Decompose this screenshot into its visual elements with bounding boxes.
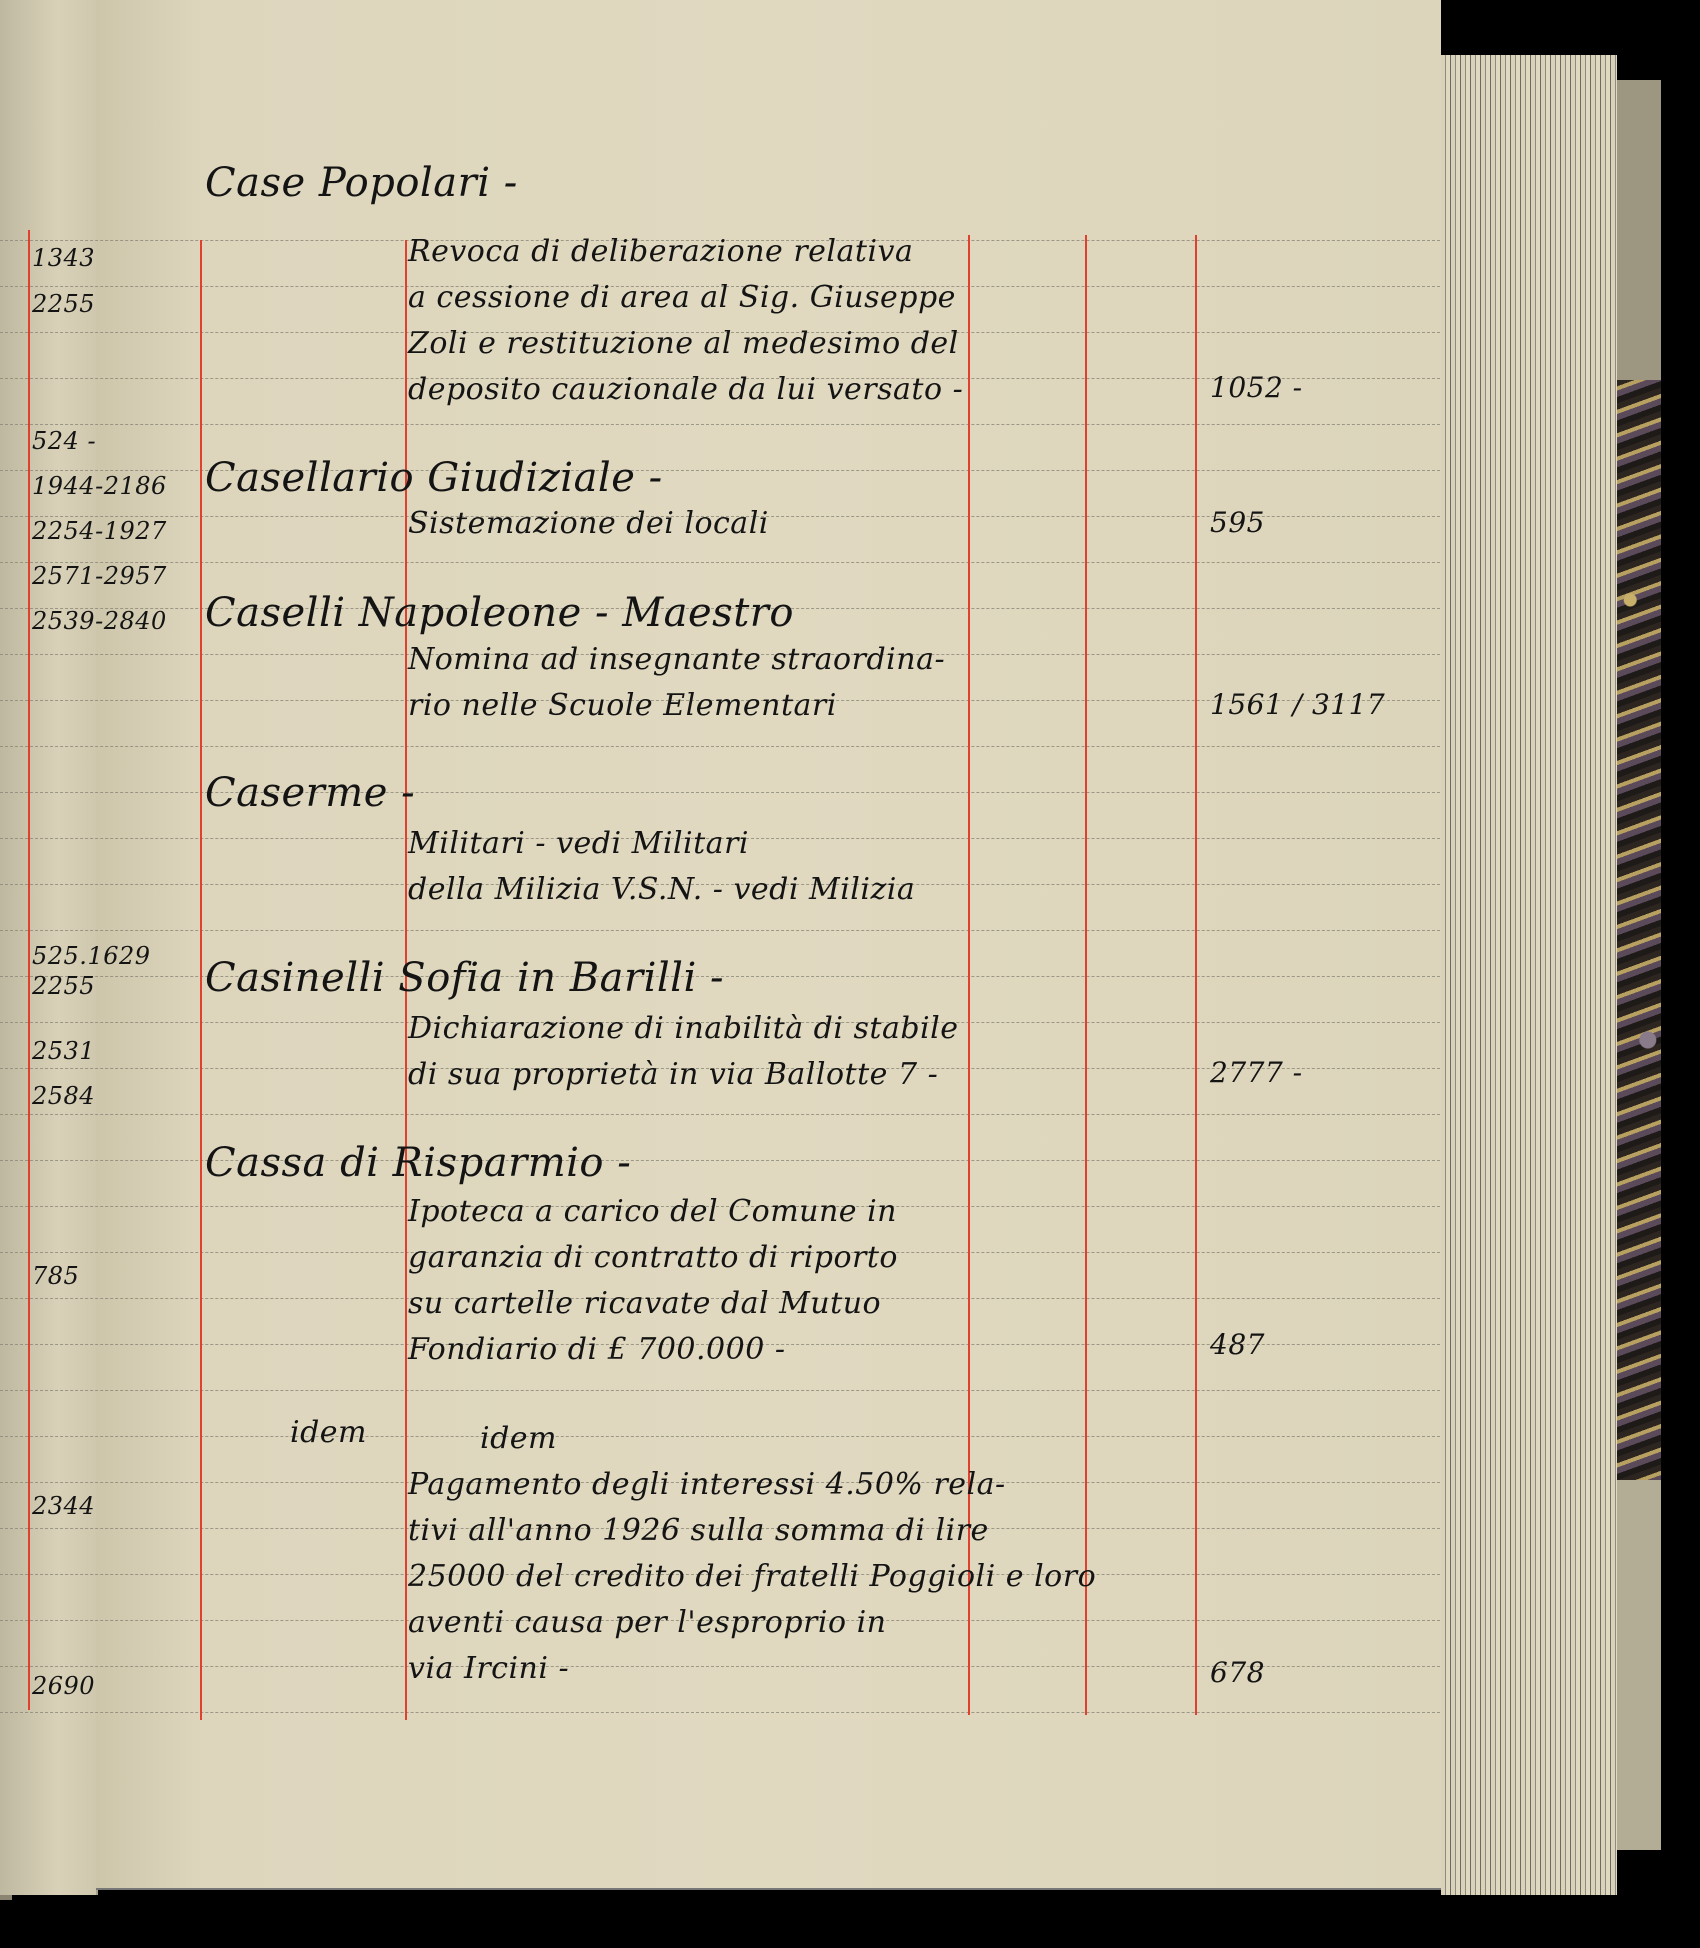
ruled-line xyxy=(0,1712,1440,1713)
entry-description-line: Ipoteca a carico del Comune in xyxy=(408,1194,897,1229)
margin-number: 2571-2957 xyxy=(32,562,167,590)
entry-heading: Caserme - xyxy=(205,770,415,816)
red-rule-col1 xyxy=(200,240,202,1720)
entry-description-line: Militari - vedi Militari xyxy=(408,826,749,861)
entry-description-line: a cessione di area al Sig. Giuseppe xyxy=(408,280,956,315)
entry-description-line: deposito cauzionale da lui versato - xyxy=(408,372,963,407)
entry-reference-number: 2777 - xyxy=(1210,1056,1303,1089)
ruled-line xyxy=(0,424,1440,425)
endpaper-lower xyxy=(1617,1480,1661,1850)
entry-description-line: della Milizia V.S.N. - vedi Milizia xyxy=(408,872,915,907)
entry-description-line: Nomina ad insegnante straordina- xyxy=(408,642,945,677)
red-rule-col4 xyxy=(1085,235,1087,1715)
margin-number: 2255 xyxy=(32,972,95,1000)
entry-description-line: tivi all'anno 1926 sulla somma di lire xyxy=(408,1513,989,1548)
entry-reference-number: 1561 / 3117 xyxy=(1210,688,1385,721)
entry-description-line: Pagamento degli interessi 4.50% rela- xyxy=(408,1467,1006,1502)
ruled-line xyxy=(0,746,1440,747)
margin-number: 524 - xyxy=(32,427,96,455)
endpaper xyxy=(1617,80,1661,380)
margin-number: 2254-1927 xyxy=(32,517,167,545)
entry-heading: Caselli Napoleone - Maestro xyxy=(205,590,794,636)
entry-heading: idem xyxy=(290,1415,367,1450)
ruled-line xyxy=(0,930,1440,931)
entry-reference-number: 678 xyxy=(1210,1656,1265,1689)
entry-description-line: Revoca di deliberazione relativa xyxy=(408,234,913,269)
entry-description-line: garanzia di contratto di riporto xyxy=(408,1240,898,1275)
entry-description-line: Dichiarazione di inabilità di stabile xyxy=(408,1011,958,1046)
entry-heading: Cassa di Risparmio - xyxy=(205,1140,631,1186)
page-stack-edge xyxy=(1441,55,1617,1895)
margin-number: 525.1629 xyxy=(32,942,151,970)
entry-description-line: via Ircini - xyxy=(408,1651,569,1686)
margin-number: 2690 xyxy=(32,1672,95,1700)
entry-description-line: su cartelle ricavate dal Mutuo xyxy=(408,1286,881,1321)
ruled-line xyxy=(0,1114,1440,1115)
entry-heading: Case Popolari - xyxy=(205,160,518,206)
red-rule-col5 xyxy=(1195,235,1197,1715)
entry-heading: Casinelli Sofia in Barilli - xyxy=(205,955,724,1001)
entry-description-line: 25000 del credito dei fratelli Poggioli … xyxy=(408,1559,1096,1594)
margin-number: 2344 xyxy=(32,1492,95,1520)
ruled-line xyxy=(0,1436,1440,1437)
ruled-line xyxy=(0,562,1440,563)
marbled-cover xyxy=(1617,380,1661,1480)
margin-number: 2255 xyxy=(32,290,95,318)
red-rule-left-page xyxy=(28,230,30,1710)
margin-number: 1343 xyxy=(32,244,95,272)
entry-description-line: Sistemazione dei locali xyxy=(408,506,769,541)
entry-reference-number: 487 xyxy=(1210,1328,1265,1361)
margin-number: 785 xyxy=(32,1262,79,1290)
entry-description-line: Fondiario di £ 700.000 - xyxy=(408,1332,785,1367)
entry-reference-number: 595 xyxy=(1210,506,1265,539)
margin-number: 1944-2186 xyxy=(32,472,167,500)
entry-description-line: aventi causa per l'esproprio in xyxy=(408,1605,887,1640)
entry-reference-number: 1052 - xyxy=(1210,371,1303,404)
margin-number: 2531 xyxy=(32,1037,95,1065)
entry-description-line: idem xyxy=(480,1421,557,1456)
entry-heading: Casellario Giudiziale - xyxy=(205,455,663,501)
margin-number: 2539-2840 xyxy=(32,607,167,635)
entry-description-line: di sua proprietà in via Ballotte 7 - xyxy=(408,1057,938,1092)
entry-description-line: rio nelle Scuole Elementari xyxy=(408,688,837,723)
margin-number: 2584 xyxy=(32,1082,95,1110)
entry-description-line: Zoli e restituzione al medesimo del xyxy=(408,326,959,361)
ruled-line xyxy=(0,1390,1440,1391)
